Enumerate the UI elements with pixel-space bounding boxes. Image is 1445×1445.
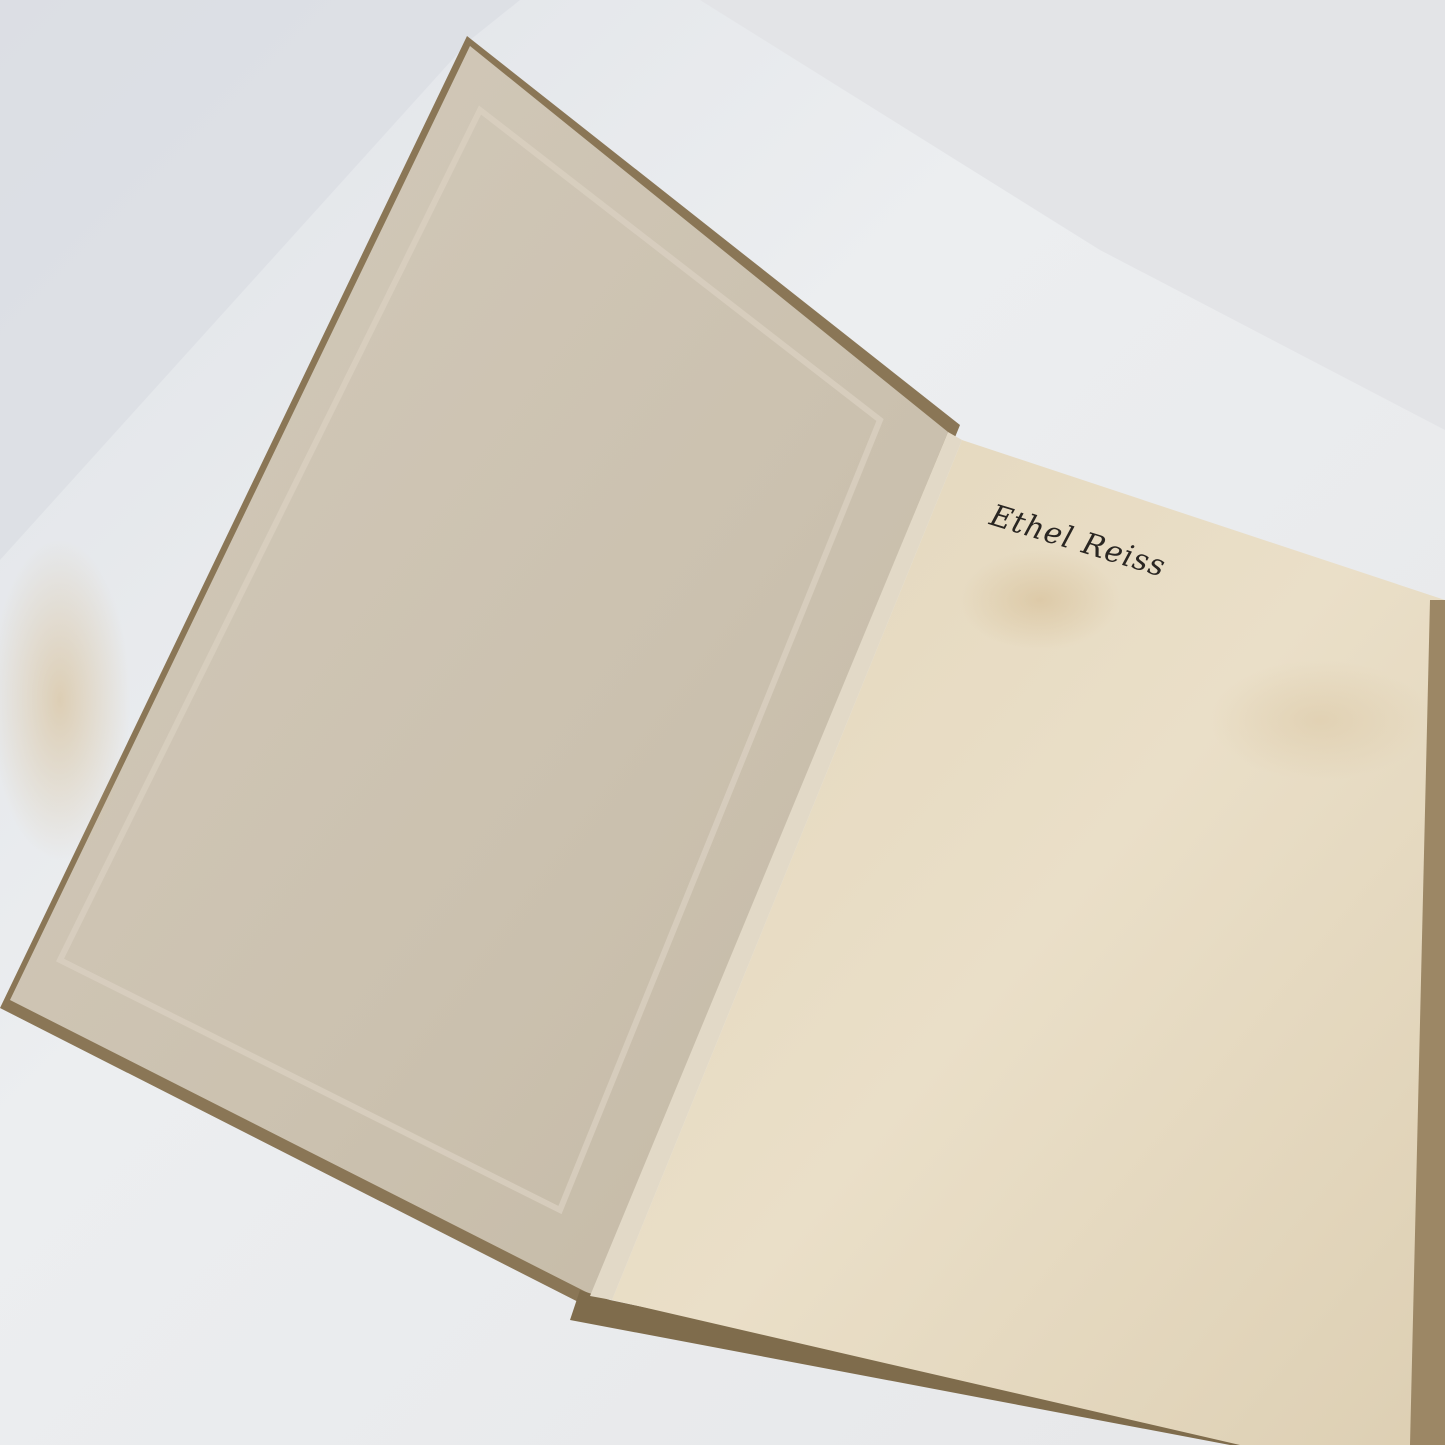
book-illustration (0, 0, 1445, 1445)
photo-scene: Ethel Reiss (0, 0, 1445, 1445)
flyleaf-stain-2 (1210, 660, 1430, 780)
